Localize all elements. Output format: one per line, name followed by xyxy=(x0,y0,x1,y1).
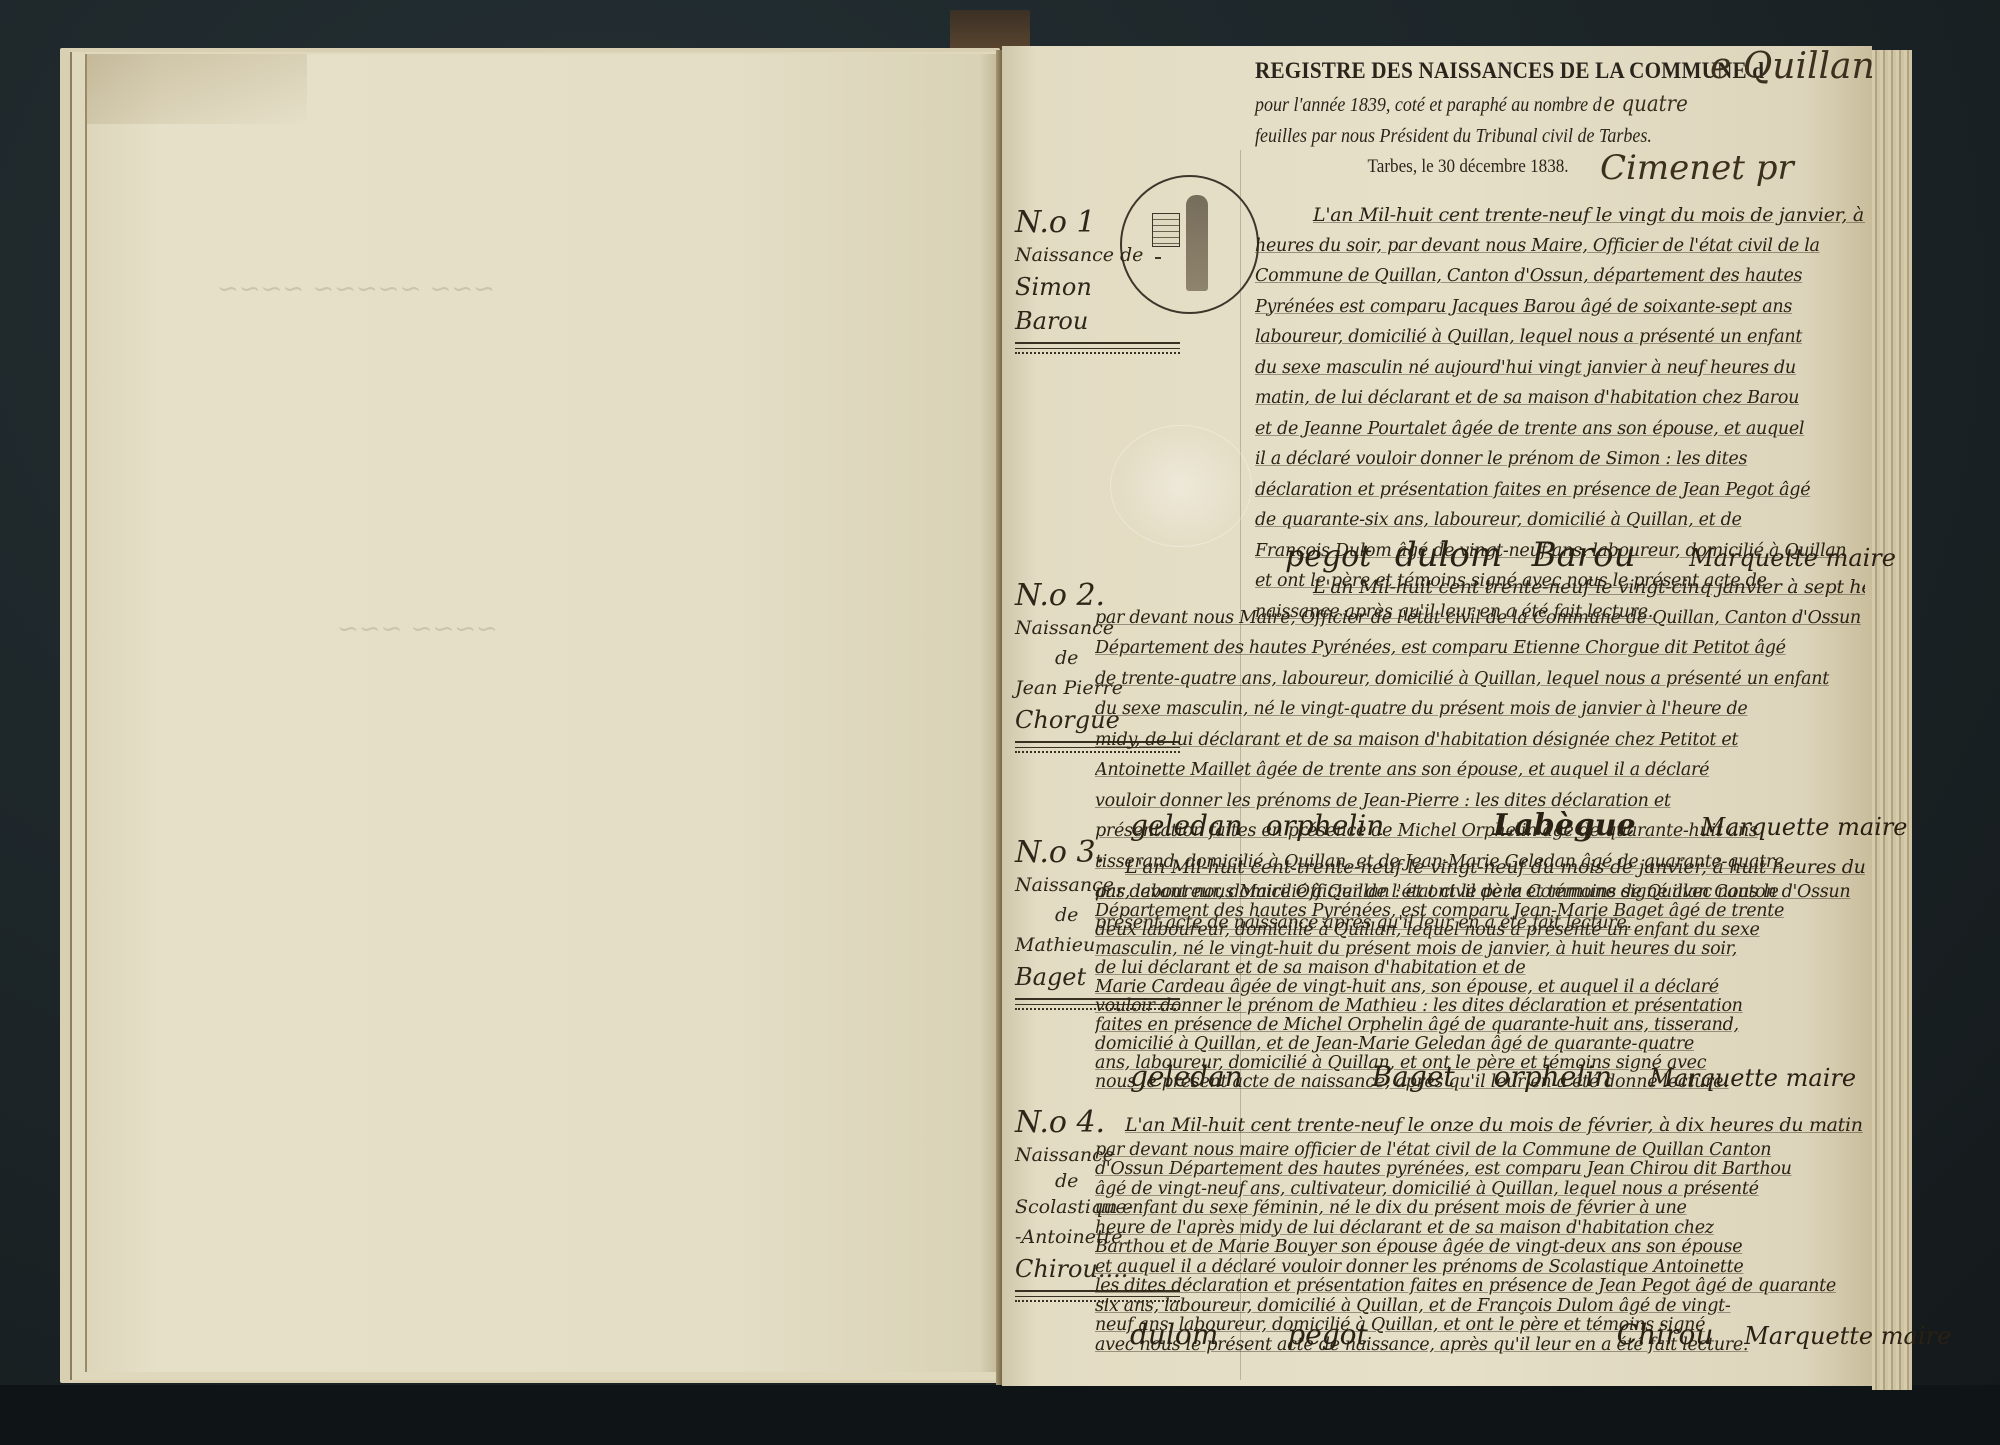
text-line: et de Jeanne Pourtalet âgée de trente an… xyxy=(1255,414,1865,445)
entry-1-margin: N.o 1 Naissance de Simon Barou xyxy=(1015,205,1235,354)
text-line: de trente-quatre ans, laboureur, domicil… xyxy=(1095,664,1865,695)
text-line: L'an Mil-huit cent trente-neuf le vingt-… xyxy=(1095,572,1865,603)
text-line: du sexe masculin né aujourd'hui vingt ja… xyxy=(1255,353,1865,384)
text-line: vouloir donner le prénom de Mathieu : le… xyxy=(1095,997,1865,1016)
text-line: du sexe masculin, né le vingt-quatre du … xyxy=(1095,694,1865,725)
entry-3-body: L'an Mil-huit cent trente-neuf le vingt-… xyxy=(1095,852,1865,1092)
text-line: âgé de vingt-neuf ans, cultivateur, domi… xyxy=(1095,1180,1865,1200)
text-line: L'an Mil-huit cent trente-neuf le onze d… xyxy=(1095,1110,1865,1141)
text-line: L'an Mil-huit cent trente-neuf le vingt-… xyxy=(1095,852,1865,883)
text-line: Pyrénées est comparu Jacques Barou âgé d… xyxy=(1255,292,1865,323)
mayor-signature: Marquette maire xyxy=(1649,1064,1856,1092)
text-line: par devant nous maire officier de l'état… xyxy=(1095,1141,1865,1161)
text-line: d'Ossun Département des hautes pyrénées,… xyxy=(1095,1160,1865,1180)
text-line: déclaration et présentation faites en pr… xyxy=(1255,475,1865,506)
corner-stain xyxy=(87,54,307,124)
margin-rule-double xyxy=(1015,342,1180,349)
text-line: il a déclaré vouloir donner le prénom de… xyxy=(1255,444,1865,475)
entry-number: N.o 1 xyxy=(1015,205,1235,240)
entry-3-signatures: geledan Baget orphelin Marquette maire xyxy=(1130,1060,1856,1093)
signature: dulom xyxy=(1130,1318,1218,1351)
text-line: faites en présence de Michel Orphelin âg… xyxy=(1095,1016,1865,1035)
sheet-count-handwritten: e quatre xyxy=(1603,92,1687,117)
entry-4-signatures: dulom pegot Chirou Marquette maire xyxy=(1130,1318,1951,1351)
entry-1-signatures: pegot dulom Barou Marquette maire xyxy=(1285,535,1896,575)
commune-name-handwritten: e Quillan xyxy=(1710,46,1875,87)
text-line: domicilié à Quillan, et de Jean-Marie Ge… xyxy=(1095,1035,1865,1054)
child-first-name: Simon xyxy=(1015,270,1235,304)
text-line: Département des hautes Pyrénées, est com… xyxy=(1095,633,1865,664)
bleedthrough-ink: ~~~ ~~~~~ ~~~~ xyxy=(217,274,495,304)
text-line: matin, de lui déclarant et de sa maison … xyxy=(1255,383,1865,414)
text-line: heure de l'après midy de lui déclarant e… xyxy=(1095,1219,1865,1239)
child-surname: Barou xyxy=(1015,304,1235,338)
text-line: masculin, né le vingt-huit du présent mo… xyxy=(1095,940,1865,959)
signature: Baget xyxy=(1372,1060,1455,1093)
signature: dulom xyxy=(1395,535,1502,575)
text-line: midy, de lui déclarant et de sa maison d… xyxy=(1095,725,1865,756)
entry-2-signatures: geledan orphelin Labègue Marquette maire xyxy=(1130,808,1908,843)
text-line: par devant nous Maire Officier de l'état… xyxy=(1095,883,1865,902)
text-line: les dites déclaration et présentation fa… xyxy=(1095,1277,1865,1297)
text-line: Marie Cardeau âgée de vingt-huit ans, so… xyxy=(1095,978,1865,997)
text-line: laboureur, domicilié à Quillan, lequel n… xyxy=(1255,322,1865,353)
title-prefix: REGISTRE DES NAISSANCES DE LA COMMUNE d xyxy=(1255,58,1764,83)
signature: Labègue xyxy=(1493,808,1635,843)
signature: orphelin xyxy=(1494,1060,1613,1093)
text-line: deux laboureur, domicilié à Quillan, leq… xyxy=(1095,921,1865,940)
left-page-blank: ~~~ ~~~~~ ~~~~ ~~~~ ~~~ xyxy=(85,54,1007,1372)
year-line-text: pour l'année 1839, coté et paraphé au no… xyxy=(1255,94,1602,116)
president-signature: Cimenet pr xyxy=(1600,148,1794,188)
embossed-seal xyxy=(1110,425,1252,547)
text-line: Antoinette Maillet âgée de trente ans so… xyxy=(1095,755,1865,786)
text-line: heures du soir, par devant nous Maire, O… xyxy=(1255,231,1865,262)
signature: pegot xyxy=(1287,1318,1368,1351)
text-line: par devant nous Maire, Officier de l'éta… xyxy=(1095,603,1865,634)
signature: Barou xyxy=(1532,535,1636,575)
year-line: pour l'année 1839, coté et paraphé au no… xyxy=(1255,92,1813,117)
text-line: Département des hautes Pyrénées, est com… xyxy=(1095,902,1865,921)
tribunal-line: feuilles par nous Président du Tribunal … xyxy=(1255,125,1813,148)
text-line: six ans, laboureur, domicilié à Quillan,… xyxy=(1095,1297,1865,1317)
text-line: un enfant du sexe féminin, né le dix du … xyxy=(1095,1199,1865,1219)
text-line: et auquel il a déclaré vouloir donner le… xyxy=(1095,1258,1865,1278)
text-line: de quarante-six ans, laboureur, domicili… xyxy=(1255,505,1865,536)
binding-tab xyxy=(950,10,1030,50)
signature: orphelin xyxy=(1266,809,1385,842)
mayor-signature: Marquette maire xyxy=(1689,544,1896,572)
text-line: Commune de Quillan, Canton d'Ossun, dépa… xyxy=(1255,261,1865,292)
signature: Chirou xyxy=(1617,1318,1714,1351)
signature: geledan xyxy=(1130,1060,1243,1093)
margin-label: Naissance de xyxy=(1015,240,1235,270)
text-line: L'an Mil-huit cent trente-neuf le vingt … xyxy=(1255,200,1865,231)
signature: pegot xyxy=(1285,539,1371,574)
margin-rule-dotted xyxy=(1015,352,1180,354)
bleedthrough-ink: ~~~~ ~~~ xyxy=(337,614,498,644)
text-line: Barthou et de Marie Bouyer son épouse âg… xyxy=(1095,1238,1865,1258)
text-line: de lui déclarant et de sa maison d'habit… xyxy=(1095,959,1865,978)
mayor-signature: Marquette maire xyxy=(1701,813,1908,841)
mayor-signature: Marquette maire xyxy=(1744,1322,1951,1350)
page-edges xyxy=(1872,50,1912,1390)
bottom-shadow xyxy=(0,1385,2000,1445)
